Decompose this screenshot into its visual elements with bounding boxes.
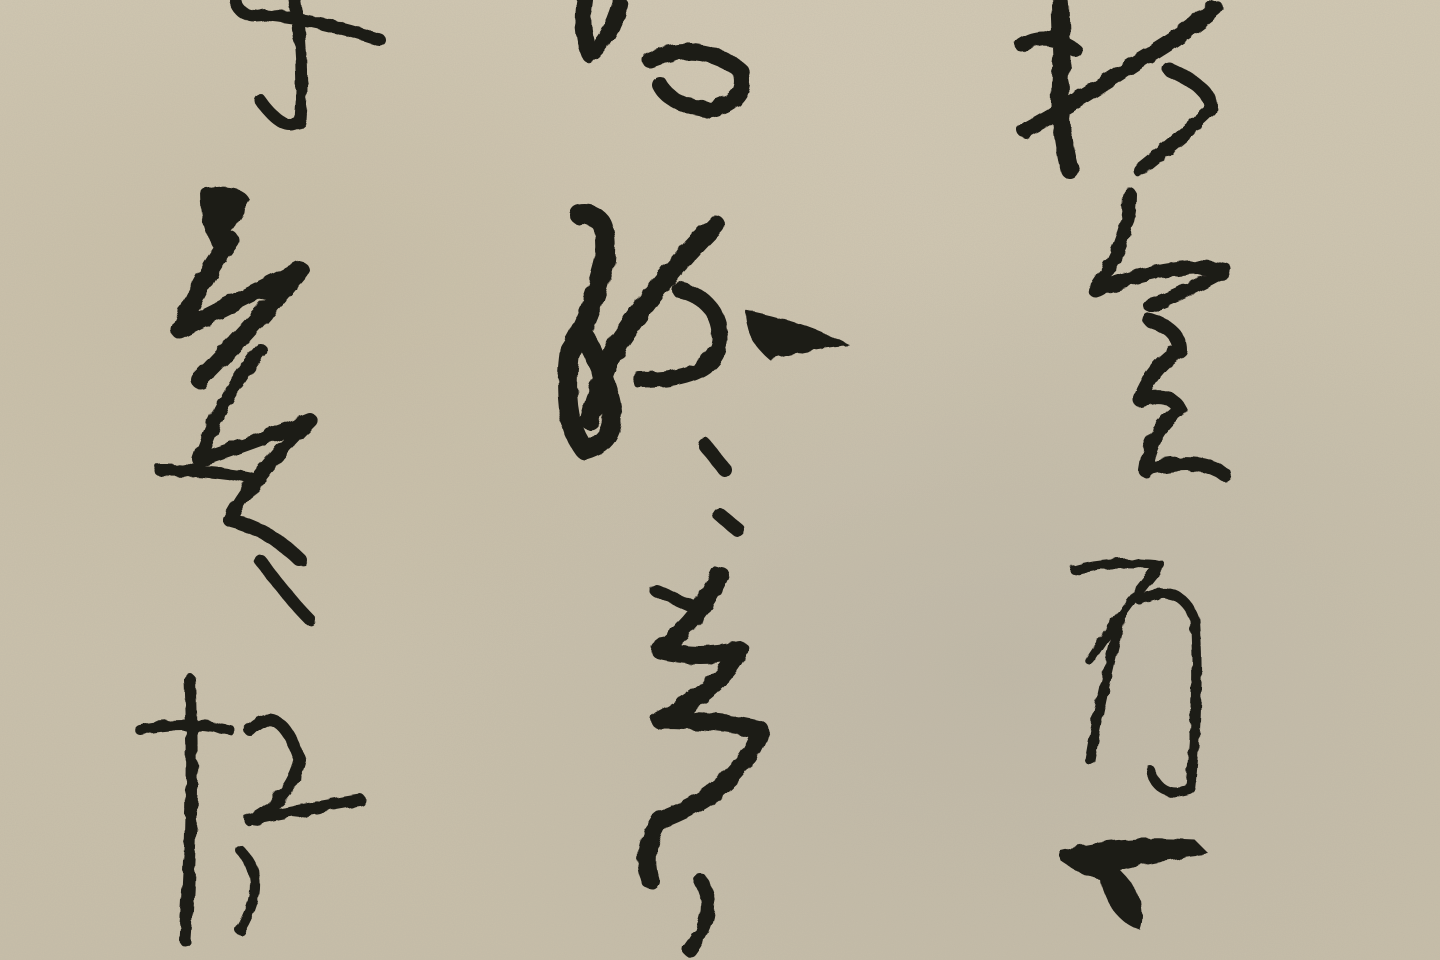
column-center — [567, 0, 850, 950]
column-right — [1022, 5, 1225, 930]
column-left — [140, 0, 380, 940]
ink-strokes — [0, 0, 1440, 960]
calligraphy-photo — [0, 0, 1440, 960]
